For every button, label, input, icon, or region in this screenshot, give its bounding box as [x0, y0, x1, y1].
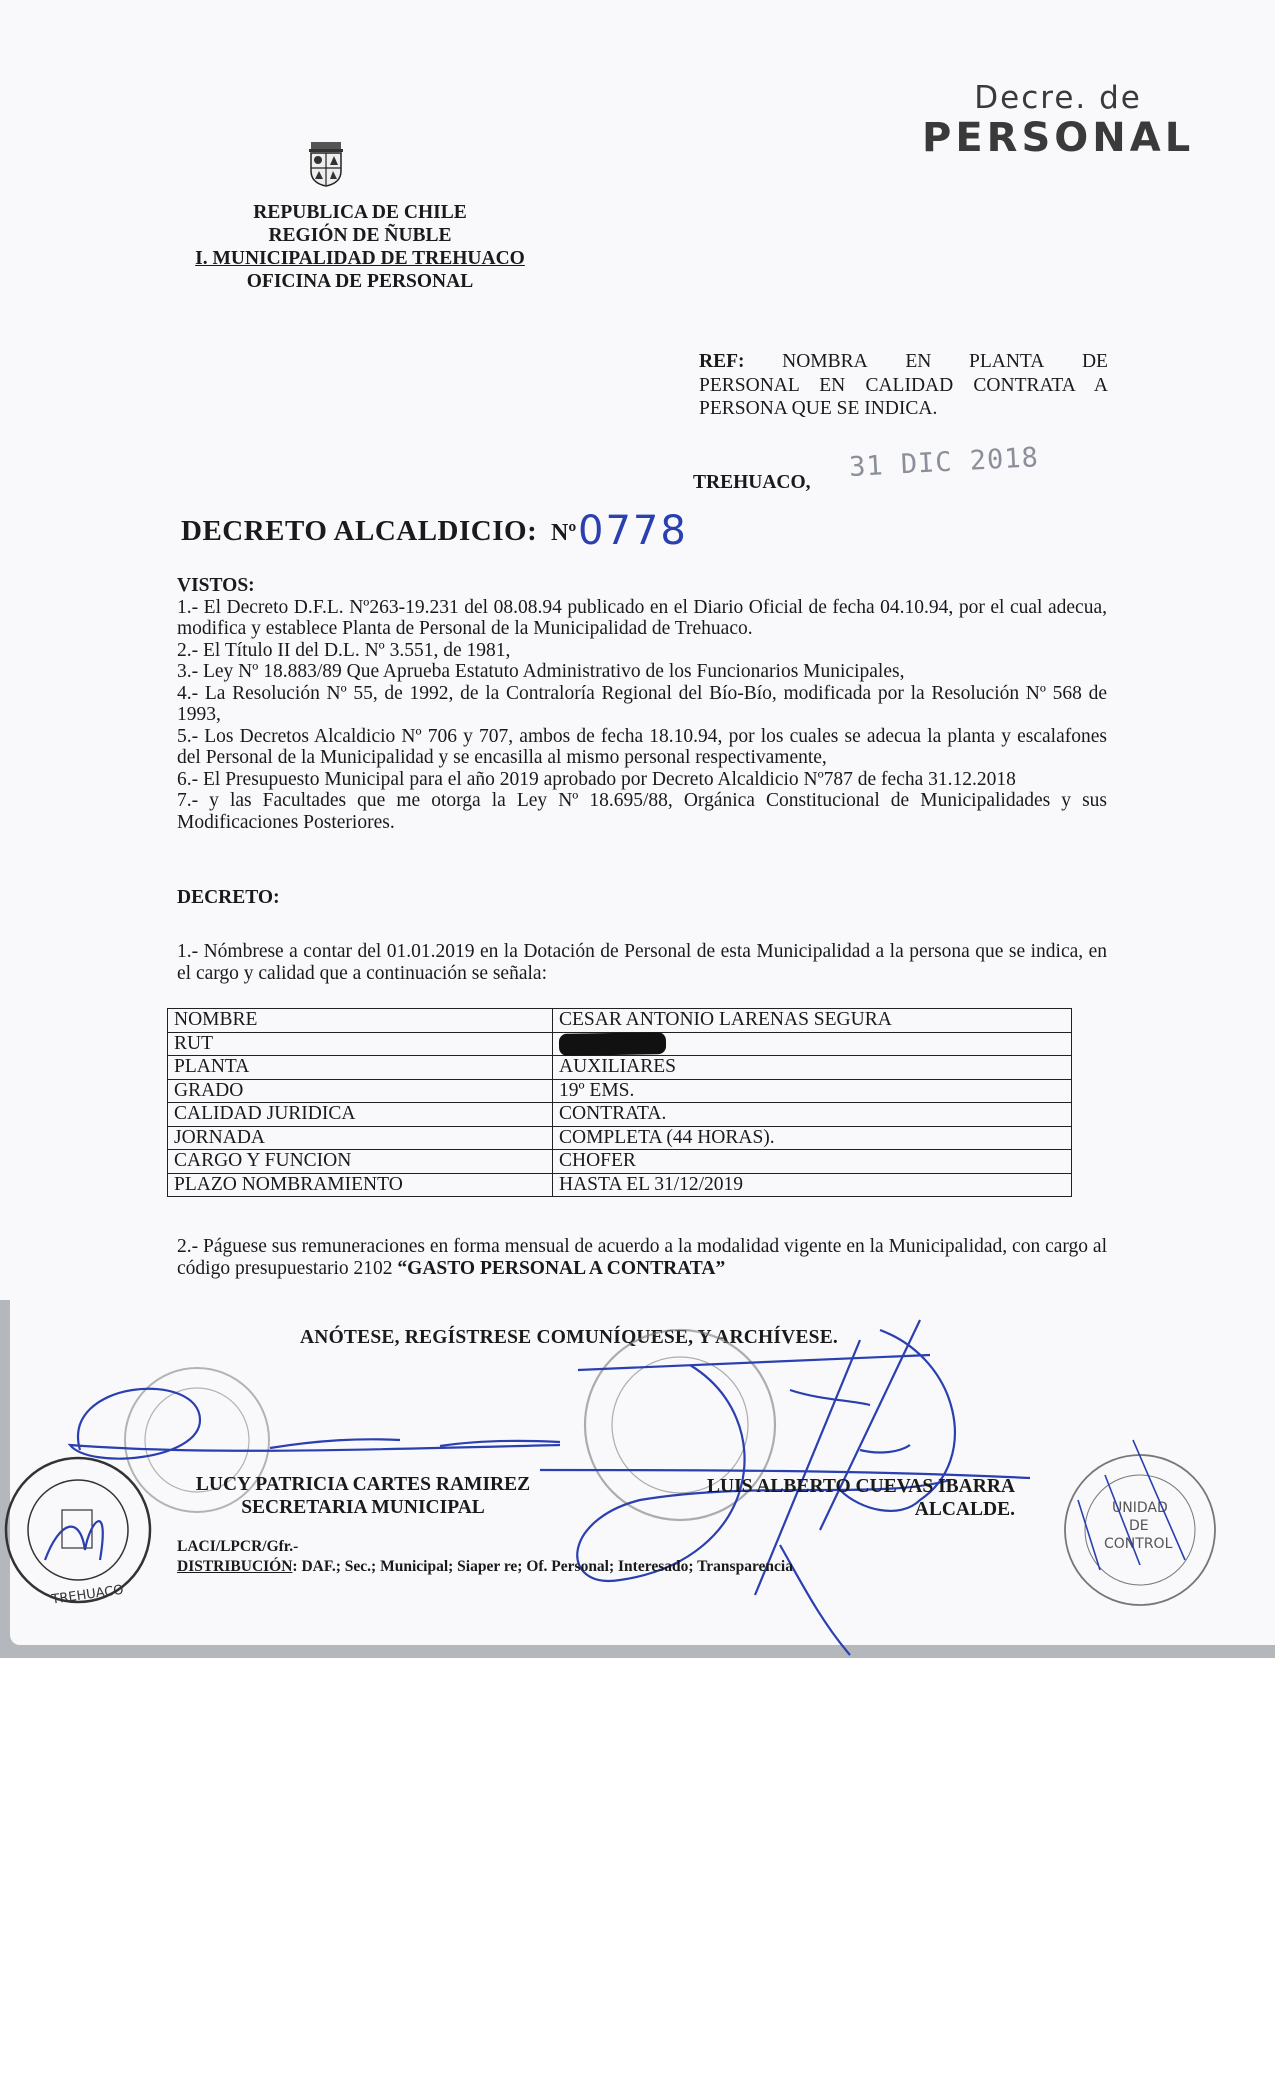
- table-key: GRADO: [168, 1079, 553, 1103]
- mayor-title: ALCALDE.: [680, 1498, 1015, 1521]
- closing-formula: ANÓTESE, REGÍSTRESE COMUNÍQUESE, Y ARCHÍ…: [300, 1327, 838, 1349]
- institution-header: REPUBLICA DE CHILE REGIÓN DE ÑUBLE I. MU…: [170, 201, 550, 293]
- ref-word: EN: [905, 350, 931, 374]
- decreto-item-2: 2.- Páguese sus remuneraciones en forma …: [177, 1236, 1107, 1279]
- table-row: GRADO 19º EMS.: [168, 1079, 1072, 1103]
- decree-title: DECRETO ALCALDICIO:: [181, 515, 537, 548]
- header-country: REPUBLICA DE CHILE: [170, 201, 550, 224]
- table-key: CALIDAD JURIDICA: [168, 1103, 553, 1127]
- ref-word: NOMBRA: [782, 350, 868, 374]
- decreto-item-1: 1.- Nómbrese a contar del 01.01.2019 en …: [177, 941, 1107, 984]
- table-row: CARGO Y FUNCION CHOFER: [168, 1150, 1072, 1174]
- budget-code-name: “GASTO PERSONAL A CONTRATA”: [397, 1258, 725, 1279]
- table-row: RUT 16404677-K: [168, 1032, 1072, 1056]
- table-row: PLANTA AUXILIARES: [168, 1056, 1072, 1080]
- personal-department-stamp: Decre. de PERSONAL: [922, 80, 1194, 160]
- secretary-name: LUCY PATRICIA CARTES RAMIREZ: [178, 1473, 548, 1496]
- mayor-name: LUIS ALBERTO CUEVAS IBARRA: [680, 1475, 1015, 1498]
- table-value: AUXILIARES: [553, 1056, 1072, 1080]
- reference-block: REF: NOMBRA EN PLANTA DE PERSONAL EN CAL…: [699, 350, 1108, 421]
- decree-number-handwritten: 0778: [578, 508, 688, 554]
- header-office: OFICINA DE PERSONAL: [170, 270, 550, 293]
- vistos-item: 6.- El Presupuesto Municipal para el año…: [177, 769, 1107, 791]
- table-key: PLAZO NOMBRAMIENTO: [168, 1173, 553, 1197]
- header-municipality: I. MUNICIPALIDAD DE TREHUACO: [170, 247, 550, 270]
- vistos-item: 5.- Los Decretos Alcaldicio Nº 706 y 707…: [177, 726, 1107, 769]
- table-value: CESAR ANTONIO LARENAS SEGURA: [553, 1009, 1072, 1033]
- table-key: CARGO Y FUNCION: [168, 1150, 553, 1174]
- author-initials: LACI/LPCR/Gfr.-: [177, 1538, 298, 1556]
- vistos-section: VISTOS: 1.- El Decreto D.F.L. Nº263-19.2…: [177, 575, 1107, 833]
- ref-label: REF:: [699, 350, 745, 374]
- vistos-item: 3.- Ley Nº 18.883/89 Que Aprueba Estatut…: [177, 661, 1107, 683]
- table-value: CHOFER: [553, 1150, 1072, 1174]
- secretary-title: SECRETARIA MUNICIPAL: [178, 1496, 548, 1519]
- table-row: CALIDAD JURIDICA CONTRATA.: [168, 1103, 1072, 1127]
- secretary-signature-block: LUCY PATRICIA CARTES RAMIREZ SECRETARIA …: [178, 1473, 548, 1519]
- vistos-item: 1.- El Decreto D.F.L. Nº263-19.231 del 0…: [177, 597, 1107, 640]
- ref-word: PLANTA: [969, 350, 1044, 374]
- stamp-line-1: Decre. de: [922, 80, 1194, 116]
- distribution-label: DISTRIBUCIÓN: [177, 1558, 292, 1575]
- vistos-item: 2.- El Título II del D.L. Nº 3.551, de 1…: [177, 640, 1107, 662]
- place-label: TREHUACO,: [693, 472, 811, 494]
- decreto-heading: DECRETO:: [177, 887, 1107, 909]
- vistos-item: 7.- y las Facultades que me otorga la Le…: [177, 790, 1107, 833]
- redacted-rut: 16404677-K: [559, 1032, 666, 1056]
- table-key: JORNADA: [168, 1126, 553, 1150]
- table-row: NOMBRE CESAR ANTONIO LARENAS SEGURA: [168, 1009, 1072, 1033]
- table-value: 19º EMS.: [553, 1079, 1072, 1103]
- page-left-margin: [0, 0, 10, 1300]
- table-key: PLANTA: [168, 1056, 553, 1080]
- ref-text: PERSONAL EN CALIDAD CONTRATA A PERSONA Q…: [699, 374, 1108, 421]
- table-value: 16404677-K: [553, 1032, 1072, 1056]
- table-row: JORNADA COMPLETA (44 HORAS).: [168, 1126, 1072, 1150]
- ref-word: DE: [1082, 350, 1108, 374]
- appointment-table: NOMBRE CESAR ANTONIO LARENAS SEGURA RUT …: [167, 1008, 1072, 1197]
- table-row: PLAZO NOMBRAMIENTO HASTA EL 31/12/2019: [168, 1173, 1072, 1197]
- coat-of-arms-icon: [306, 141, 346, 187]
- table-value: CONTRATA.: [553, 1103, 1072, 1127]
- vistos-item: 4.- La Resolución Nº 55, de 1992, de la …: [177, 683, 1107, 726]
- vistos-heading: VISTOS:: [177, 575, 1107, 597]
- stamp-line-2: PERSONAL: [922, 116, 1194, 160]
- distribution-list: DISTRIBUCIÓN: DAF.; Sec.; Municipal; Sia…: [177, 1558, 793, 1576]
- table-value: COMPLETA (44 HORAS).: [553, 1126, 1072, 1150]
- table-value: HASTA EL 31/12/2019: [553, 1173, 1072, 1197]
- table-key: RUT: [168, 1032, 553, 1056]
- distribution-recipients: : DAF.; Sec.; Municipal; Siaper re; Of. …: [292, 1558, 793, 1575]
- decree-number-prefix: Nº: [551, 520, 576, 547]
- header-region: REGIÓN DE ÑUBLE: [170, 224, 550, 247]
- mayor-signature-block: LUIS ALBERTO CUEVAS IBARRA ALCALDE.: [680, 1475, 1015, 1521]
- table-key: NOMBRE: [168, 1009, 553, 1033]
